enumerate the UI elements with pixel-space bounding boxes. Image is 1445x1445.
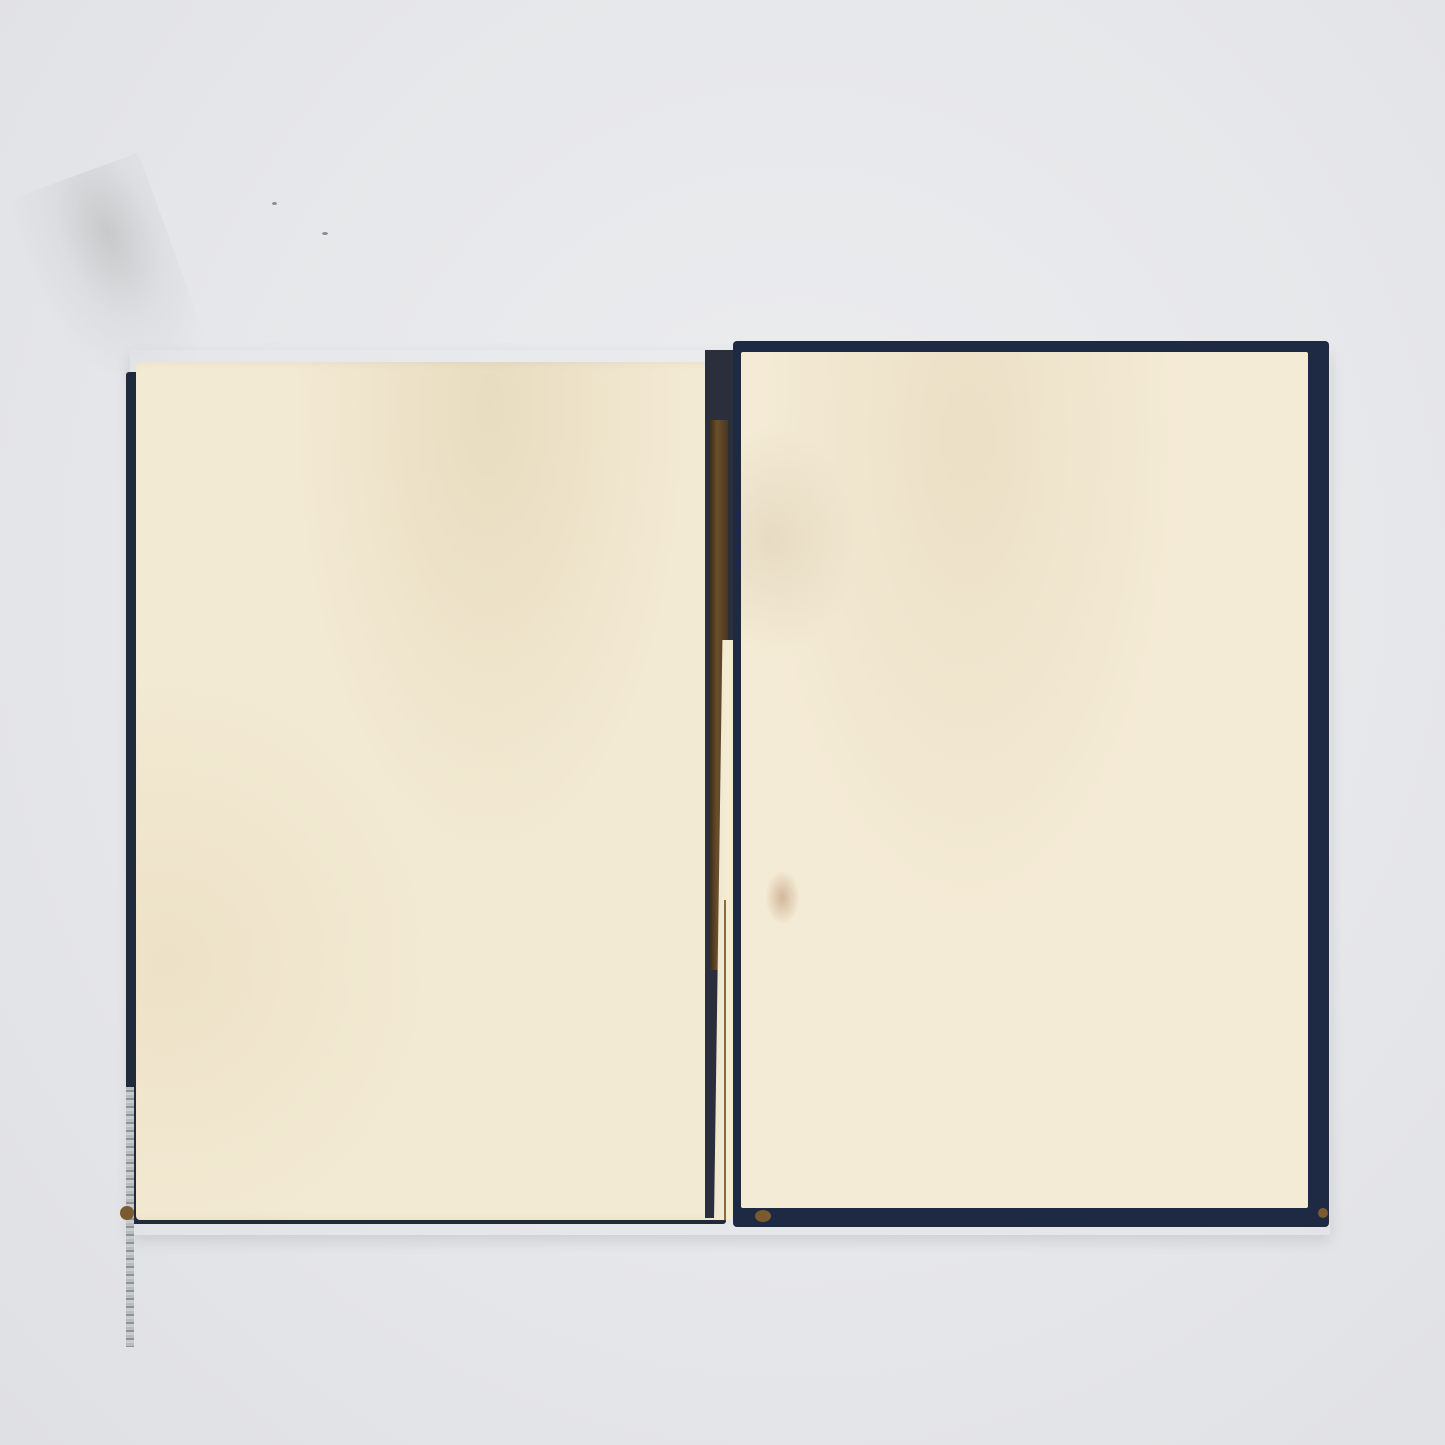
surface-speck xyxy=(272,202,277,205)
right-endpaper xyxy=(741,352,1308,1208)
surface-speck xyxy=(322,232,328,235)
foxing-stain xyxy=(765,870,800,925)
corner-wear xyxy=(755,1210,771,1222)
left-endpaper xyxy=(136,362,726,1220)
corner-wear xyxy=(1318,1208,1328,1218)
gutter-crack xyxy=(724,900,726,1220)
corner-wear xyxy=(120,1206,134,1220)
